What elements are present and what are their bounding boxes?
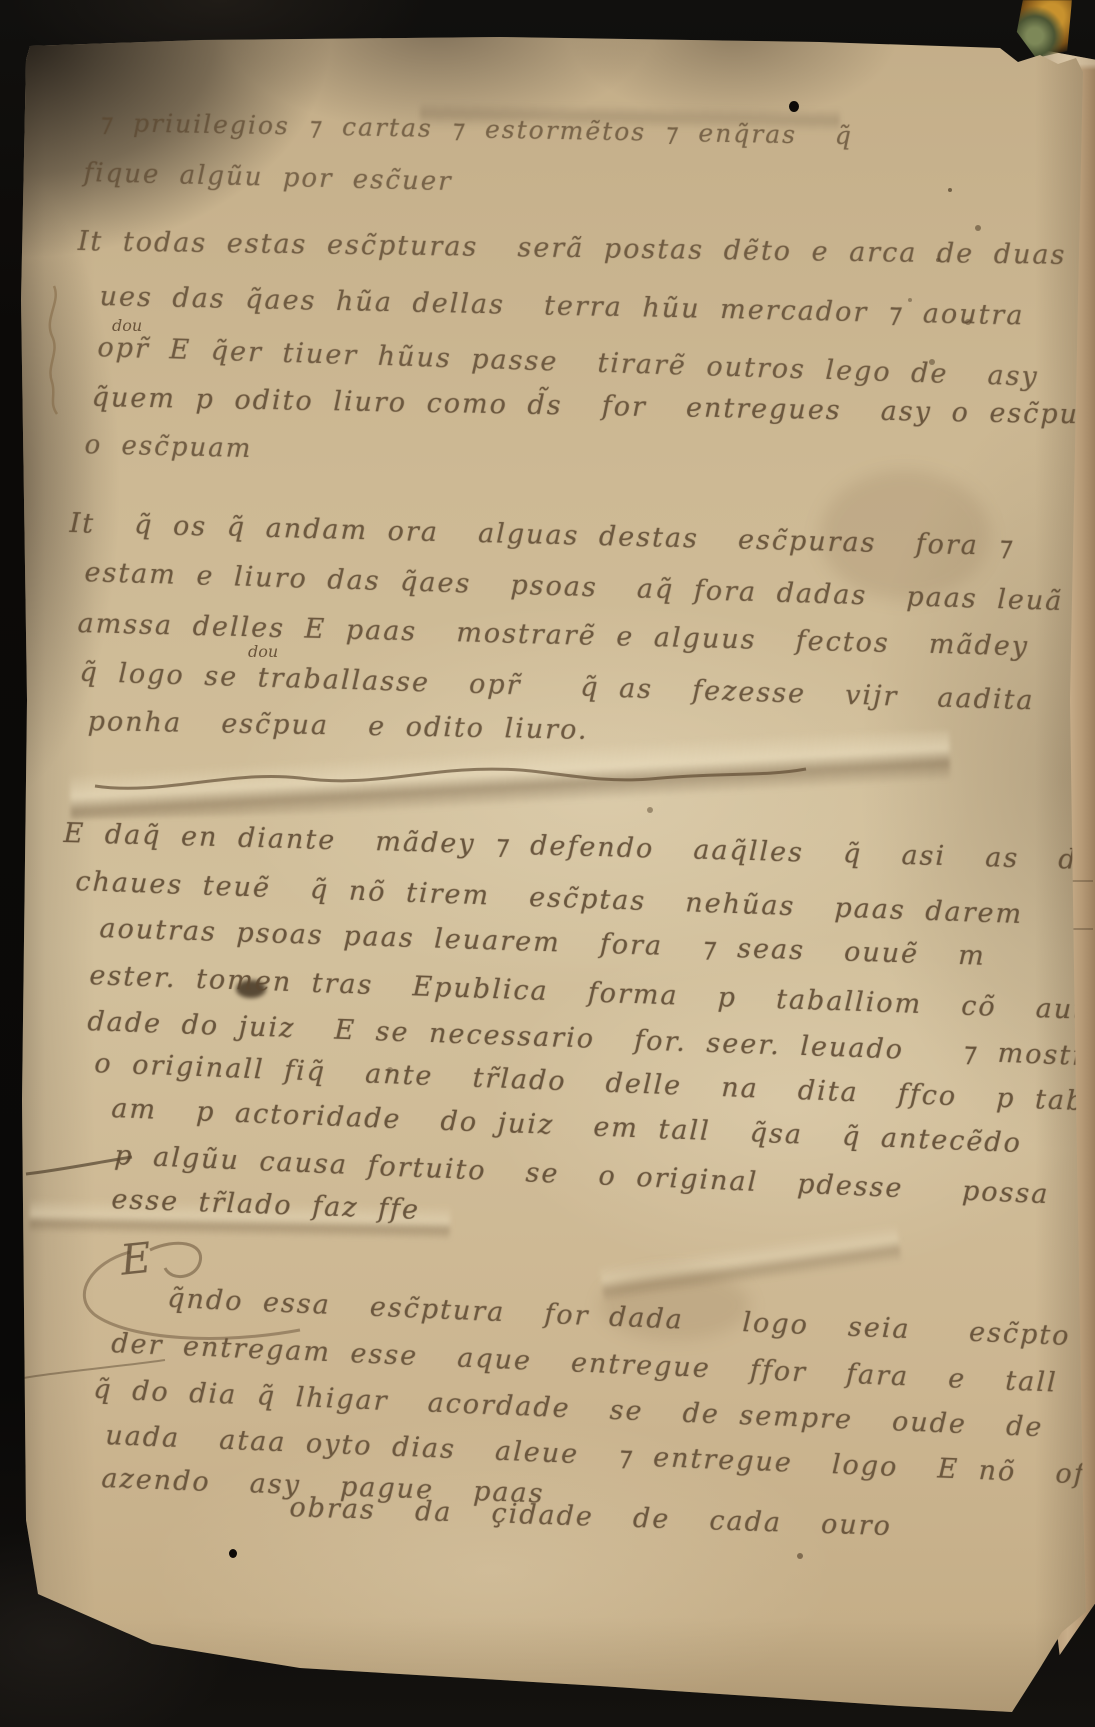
paragraph-separator-stroke — [95, 769, 806, 788]
photo-background: ⁊ priuilegios ⁊ cartas ⁊ estormẽtos ⁊ en… — [0, 0, 1095, 1727]
manuscript-line: ues das q̃aes hũa dellas terra hũu merca… — [99, 281, 1024, 331]
initial-flourish-swash — [150, 1243, 201, 1276]
parchment-page: ⁊ priuilegios ⁊ cartas ⁊ estormẽtos ⁊ en… — [0, 0, 1095, 1727]
parchment-hole — [229, 1549, 237, 1558]
manuscript-line: estam e liuro das q̃aes psoas aq̃ fora d… — [84, 557, 1064, 617]
paragraph-initial: E — [118, 1233, 154, 1285]
manuscript-line: esse tr̃lado faz ffe — [111, 1184, 421, 1226]
manuscript-line: fique algũu por esc̃uer — [83, 158, 453, 197]
manuscript-line: obras da çidade de cada ouro — [289, 1492, 892, 1542]
interlinear-note: dou — [248, 642, 278, 661]
manuscript-line: It q̃ os q̃ andam ora alguas destas esc̃… — [69, 508, 1014, 562]
foxing-specks — [948, 188, 952, 192]
manuscript-line: It todas estas esc̃pturas serã postas dẽ… — [78, 226, 1095, 272]
manuscript-line: E daq̃ en diante mãdey ⁊ defendo aaq̃lle… — [63, 818, 1095, 877]
manuscript-line: ⁊ priuilegios ⁊ cartas ⁊ estormẽtos ⁊ en… — [99, 108, 1095, 155]
manuscript-line: amssa delles E paas mostrarẽ e alguus fe… — [77, 608, 1029, 662]
manuscript-line: ponha esc̃pua e odito liuro. — [87, 706, 588, 746]
manuscript-line: o esc̃puam — [84, 430, 252, 464]
margin-crease-mark — [50, 286, 57, 414]
parchment-hole — [789, 101, 799, 112]
crease-shadow — [597, 1209, 902, 1310]
book-clasp — [1012, 0, 1072, 58]
